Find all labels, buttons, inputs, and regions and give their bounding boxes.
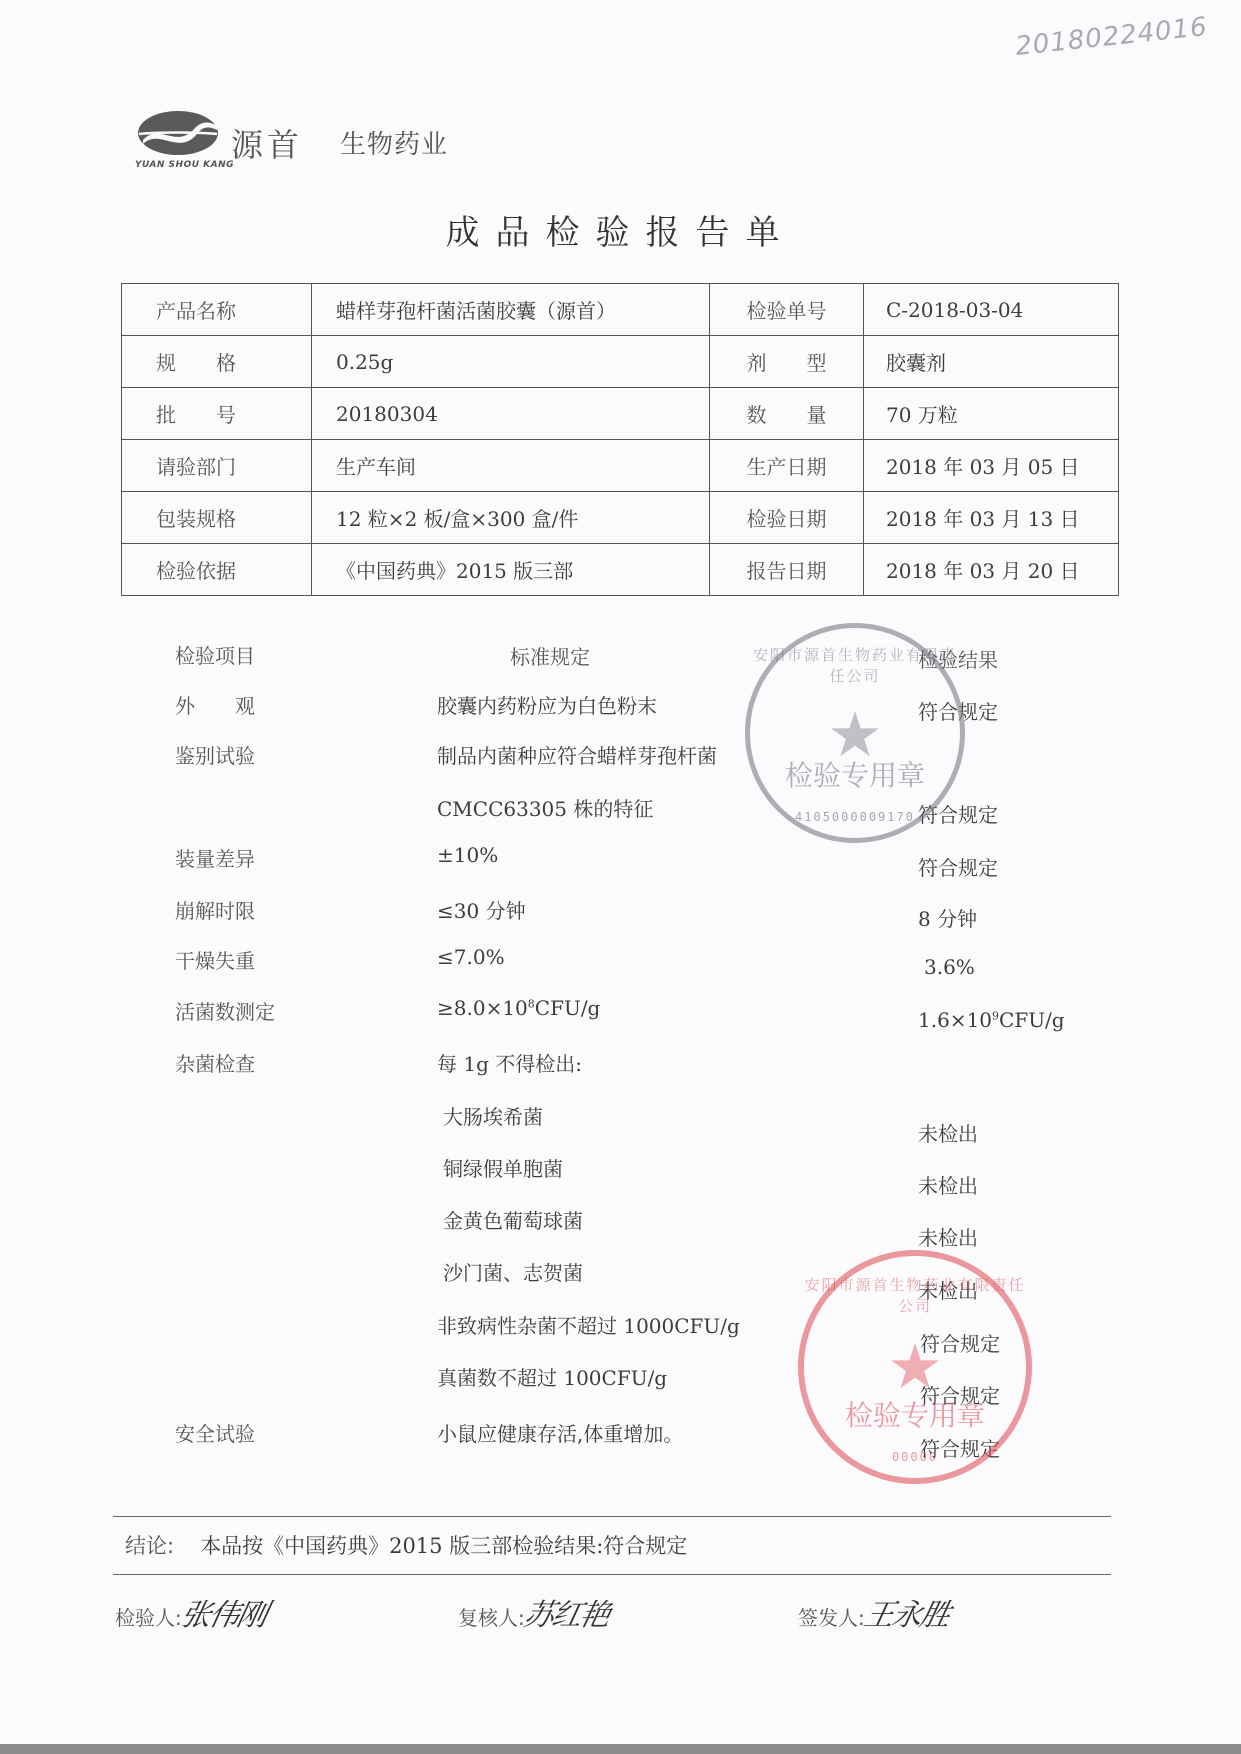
test-result: 8 分钟 (918, 903, 977, 932)
info-label: 数 量 (710, 388, 864, 440)
company-suffix: 生物药业 (340, 124, 448, 161)
test-result: 符合规定 (920, 1380, 1000, 1409)
info-label: 检验依据 (122, 544, 312, 596)
issuer-label: 签发人: (798, 1606, 865, 1630)
divider-bottom (113, 1574, 1111, 1575)
stamp-purpose: 检验专用章 (750, 754, 960, 794)
info-label: 请验部门 (122, 440, 312, 492)
divider-top (113, 1516, 1111, 1517)
info-row: 检验依据《中国药典》2015 版三部报告日期2018 年 03 月 20 日 (122, 544, 1119, 596)
standard-post: CFU/g (535, 996, 601, 1020)
info-value: 2018 年 03 月 05 日 (864, 440, 1119, 492)
info-value: 生产车间 (312, 440, 710, 492)
test-item: 安全试验 (175, 1418, 255, 1447)
test-result: 符合规定 (918, 852, 998, 881)
test-result: 未检出 (918, 1275, 978, 1304)
test-item: 装量差异 (175, 843, 255, 872)
test-standard: ≤7.0% (437, 945, 505, 969)
info-label: 报告日期 (710, 544, 864, 596)
info-row: 包装规格12 粒×2 板/盒×300 盒/件检验日期2018 年 03 月 13… (122, 492, 1119, 544)
test-item: 鉴别试验 (175, 740, 255, 769)
result-pre: 1.6×10 (918, 1008, 992, 1032)
info-label: 检验单号 (710, 284, 864, 336)
standard-exp: 8 (528, 997, 535, 1010)
info-value: 2018 年 03 月 13 日 (864, 492, 1119, 544)
info-label: 包装规格 (122, 492, 312, 544)
info-label: 批 号 (122, 388, 312, 440)
info-value: C-2018-03-04 (864, 284, 1119, 336)
test-result: 符合规定 (920, 1433, 1000, 1462)
header-item: 检验项目 (175, 640, 255, 669)
test-result: 未检出 (918, 1118, 978, 1147)
conclusion: 结论:本品按《中国药典》2015 版三部检验结果:符合规定 (125, 1530, 687, 1560)
test-result: 3.6% (924, 955, 975, 979)
info-label: 生产日期 (710, 440, 864, 492)
info-value: 70 万粒 (864, 388, 1119, 440)
issuer-signature: 签发人:王永胜 (798, 1590, 949, 1634)
reviewer-label: 复核人: (458, 1606, 525, 1630)
brand-name: 源首 (231, 120, 303, 166)
test-standard: 沙门菌、志贺菌 (443, 1257, 583, 1286)
inspector-label: 检验人: (115, 1606, 182, 1630)
test-item: 干燥失重 (175, 945, 255, 974)
info-value: 12 粒×2 板/盒×300 盒/件 (312, 492, 710, 544)
company-logo: YUAN SHOU KANG 源首 生物药业 (135, 110, 465, 174)
result-post: CFU/g (999, 1008, 1065, 1032)
report-title: 成品检验报告单 (0, 205, 1241, 254)
handwritten-annotation: 20180224016 (1014, 12, 1209, 62)
product-info-table: 产品名称蜡样芽孢杆菌活菌胶囊（源首）检验单号C-2018-03-04规 格0.2… (121, 283, 1119, 596)
info-row: 批 号20180304数 量70 万粒 (122, 388, 1119, 440)
inspector-signature: 检验人:张伟刚 (115, 1590, 266, 1634)
test-result: 未检出 (918, 1170, 978, 1199)
test-standard: 大肠埃希菌 (443, 1101, 543, 1130)
test-result: 符合规定 (918, 799, 998, 828)
header-standard: 标准规定 (510, 641, 590, 670)
info-value: 《中国药典》2015 版三部 (312, 544, 710, 596)
info-label: 规 格 (122, 336, 312, 388)
test-standard: ≤30 分钟 (437, 895, 526, 924)
info-row: 产品名称蜡样芽孢杆菌活菌胶囊（源首）检验单号C-2018-03-04 (122, 284, 1119, 336)
info-value: 胶囊剂 (864, 336, 1119, 388)
info-value: 0.25g (312, 336, 710, 388)
scan-edge (0, 1744, 1241, 1754)
test-standard: 非致病性杂菌不超过 1000CFU/g (437, 1310, 740, 1339)
test-standard: 铜绿假单胞菌 (443, 1153, 563, 1182)
info-label: 剂 型 (710, 336, 864, 388)
issuer-signature-mark: 王永胜 (860, 1590, 953, 1634)
test-standard: ±10% (437, 843, 498, 867)
inspector-signature-mark: 张伟刚 (177, 1590, 270, 1634)
test-standard: 胶囊内药粉应为白色粉末 (437, 690, 657, 719)
reviewer-signature-mark: 苏红艳 (520, 1590, 613, 1634)
header-result: 检验结果 (918, 644, 998, 673)
info-row: 规 格0.25g剂 型胶囊剂 (122, 336, 1119, 388)
info-label: 检验日期 (710, 492, 864, 544)
test-item: 外 观 (175, 690, 255, 719)
conclusion-text: 本品按《中国药典》2015 版三部检验结果:符合规定 (200, 1534, 687, 1558)
info-value: 20180304 (312, 388, 710, 440)
info-value: 2018 年 03 月 20 日 (864, 544, 1119, 596)
star-icon: ★ (827, 704, 883, 766)
test-standard: CMCC63305 株的特征 (437, 793, 653, 822)
info-label: 产品名称 (122, 284, 312, 336)
test-item: 活菌数测定 (175, 996, 275, 1025)
test-item: 杂菌检查 (175, 1048, 255, 1077)
stamp-ring-text: 安阳市源首生物药业有限责任公司 (804, 1274, 1026, 1316)
test-result: 符合规定 (920, 1328, 1000, 1357)
test-item: 崩解时限 (175, 895, 255, 924)
test-standard: 真菌数不超过 100CFU/g (437, 1362, 667, 1391)
test-result: 1.6×109CFU/g (918, 1008, 1065, 1032)
standard-pre: ≥8.0×10 (437, 996, 528, 1020)
test-result: 未检出 (918, 1222, 978, 1251)
info-value: 蜡样芽孢杆菌活菌胶囊（源首） (312, 284, 710, 336)
test-result: 符合规定 (918, 696, 998, 725)
test-standard: ≥8.0×108CFU/g (437, 996, 600, 1020)
logo-mark-icon (137, 110, 219, 156)
test-standard: 金黄色葡萄球菌 (443, 1205, 583, 1234)
result-exp: 9 (992, 1009, 999, 1022)
test-standard: 每 1g 不得检出: (437, 1048, 582, 1077)
test-standard: 小鼠应健康存活,体重增加。 (437, 1418, 683, 1447)
info-row: 请验部门生产车间生产日期2018 年 03 月 05 日 (122, 440, 1119, 492)
conclusion-label: 结论: (125, 1534, 174, 1558)
reviewer-signature: 复核人:苏红艳 (458, 1590, 609, 1634)
test-standard: 制品内菌种应符合蜡样芽孢杆菌 (437, 740, 717, 769)
logo-subtext: YUAN SHOU KANG (135, 160, 234, 170)
